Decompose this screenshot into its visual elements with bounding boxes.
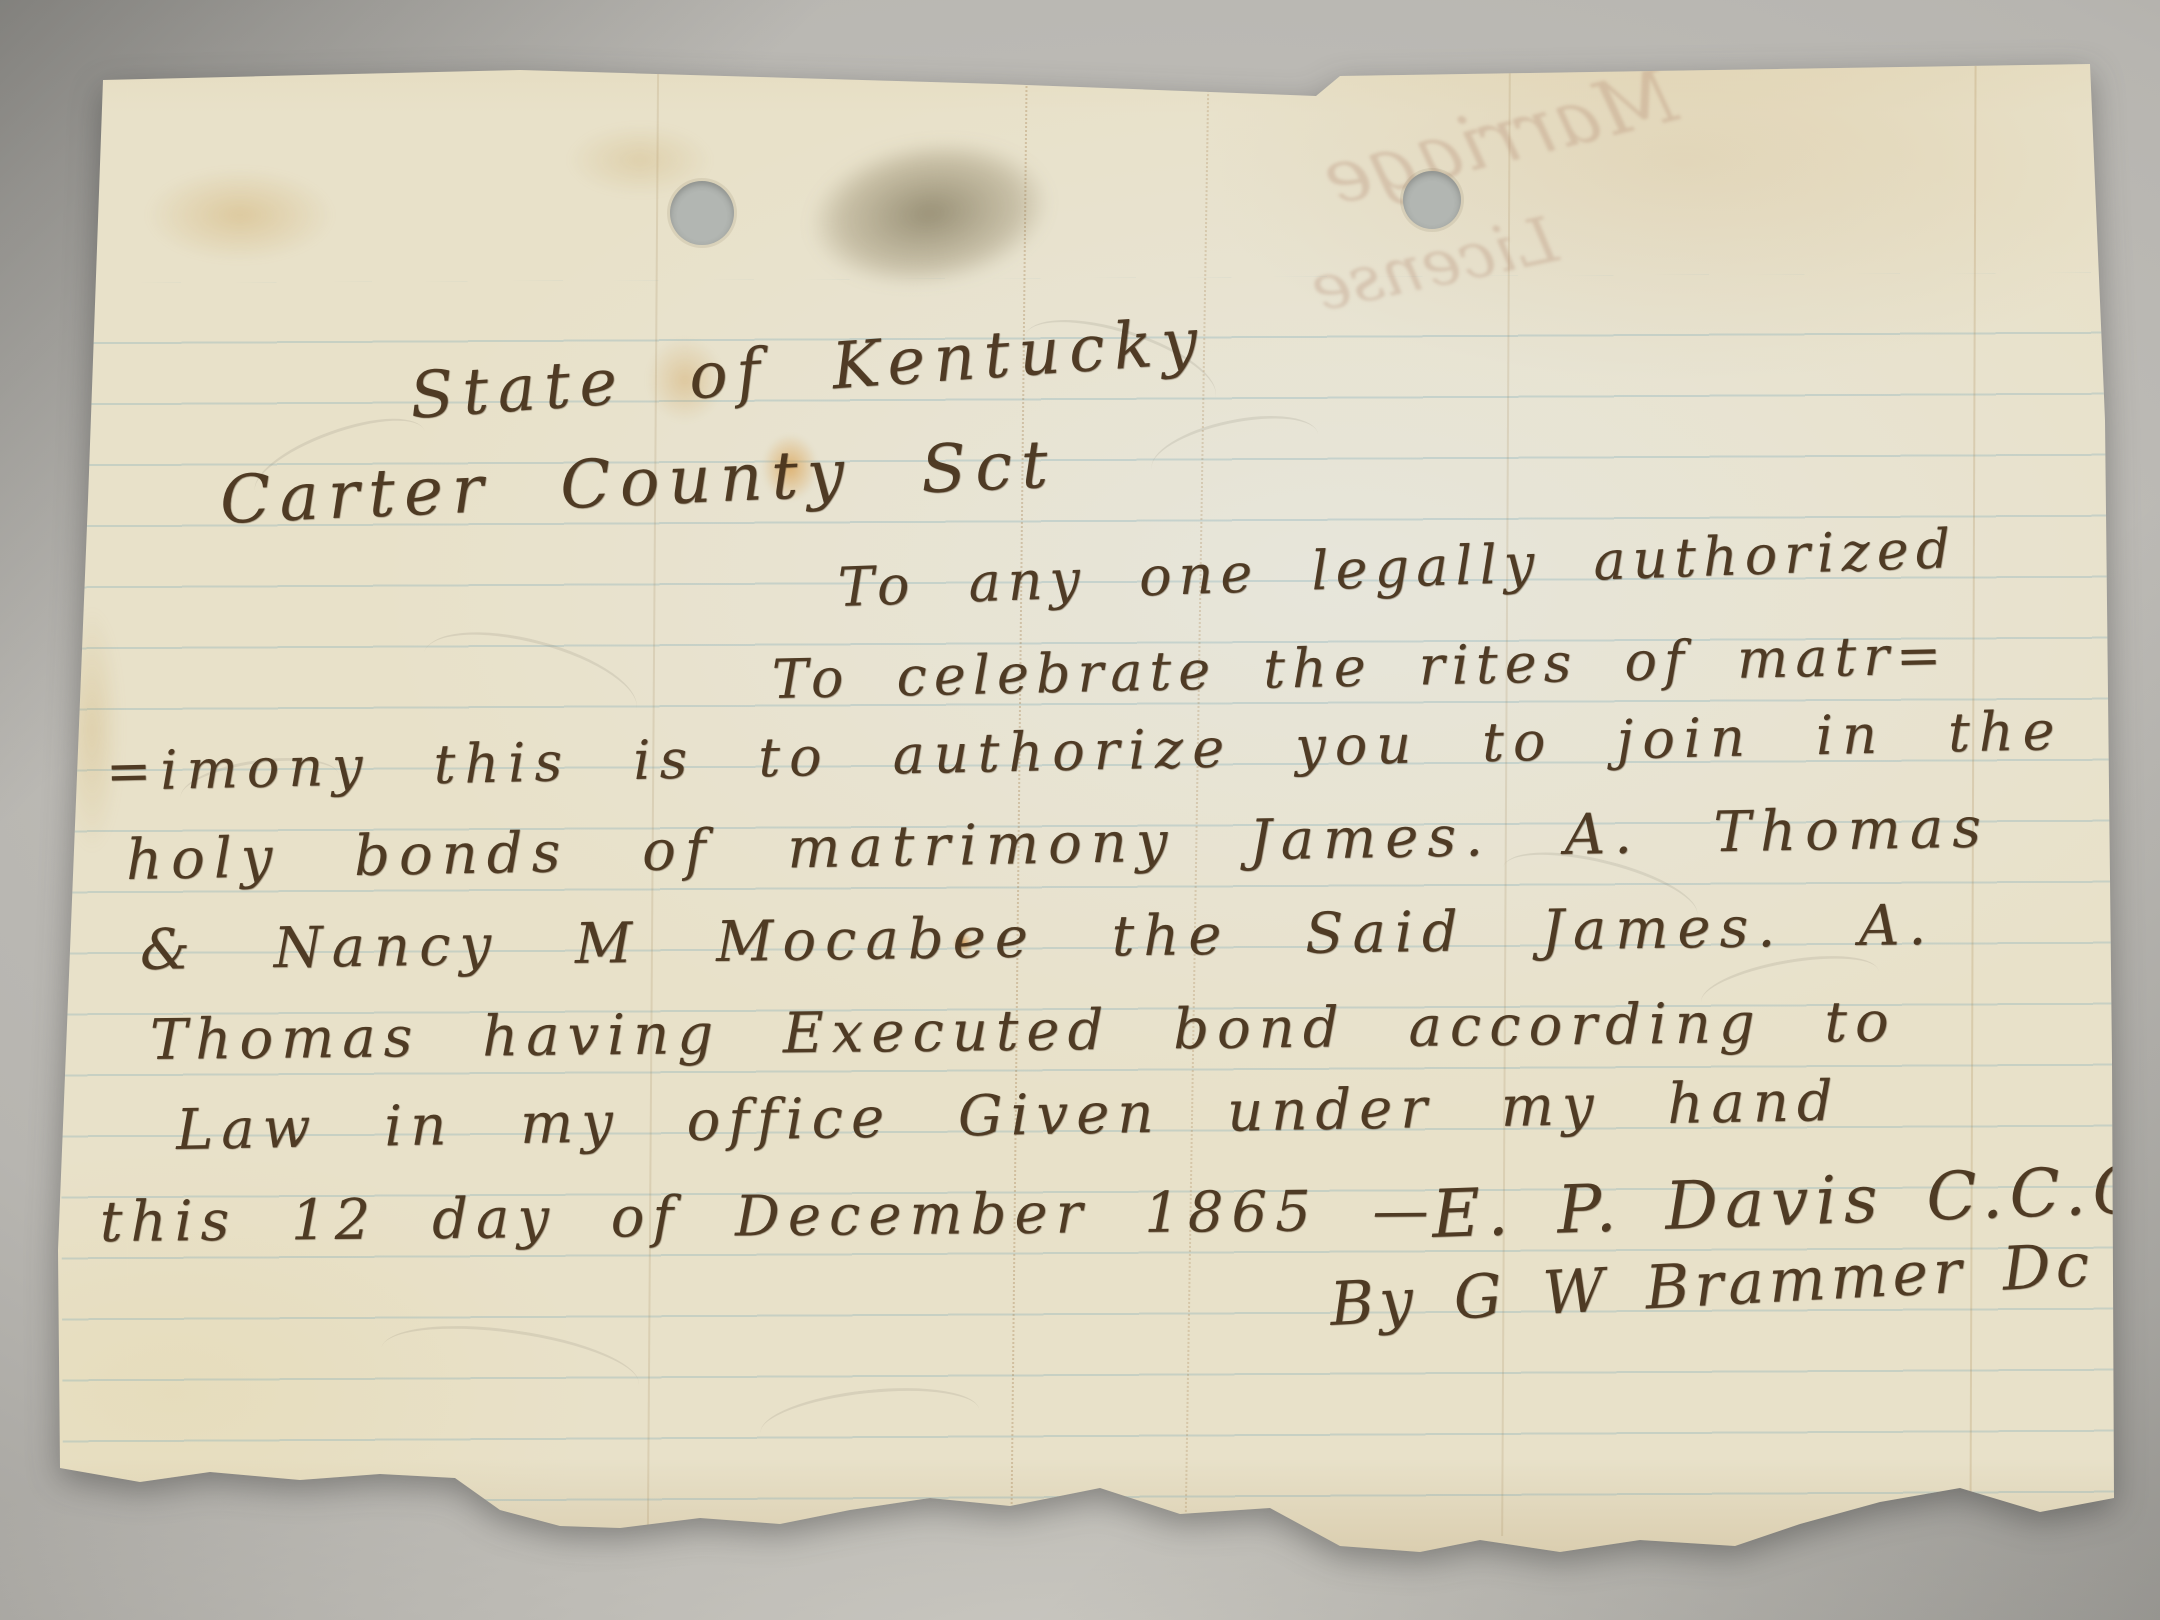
photo-scene: Marriage License State of KentuckyCarter… xyxy=(0,0,2160,1620)
handwritten-body-line-2: holy bonds of matrimony James. A. Thomas xyxy=(125,795,1990,893)
handwritten-county-line: Carter County Sct xyxy=(218,426,1058,539)
handwritten-state-line: State of Kentucky xyxy=(407,304,1208,433)
handwritten-body-line-4: Thomas having Executed bond according to xyxy=(150,990,1897,1073)
handwriting-layer: State of KentuckyCarter County SctTo any… xyxy=(0,0,2160,1620)
handwritten-body-line-5: Law in my office Given under my hand xyxy=(175,1069,1841,1163)
paper-shadow-wrap: Marriage License State of KentuckyCarter… xyxy=(0,0,2160,1620)
handwritten-salutation-line-2: To celebrate the rites of matr= xyxy=(771,623,1948,711)
handwritten-date-line: this 12 day of December 1865 — xyxy=(100,1178,1437,1255)
punch-hole-left xyxy=(670,181,734,245)
handwritten-body-line-3: & Nancy M Mocabee the Said James. A. xyxy=(140,893,1936,983)
document-paper: Marriage License State of KentuckyCarter… xyxy=(0,0,2160,1620)
handwritten-body-line-1: =imony this is to authorize you to join … xyxy=(105,699,2064,803)
handwritten-salutation-line-1: To any one legally authorized xyxy=(837,517,1958,619)
punch-hole-right xyxy=(1403,171,1461,229)
